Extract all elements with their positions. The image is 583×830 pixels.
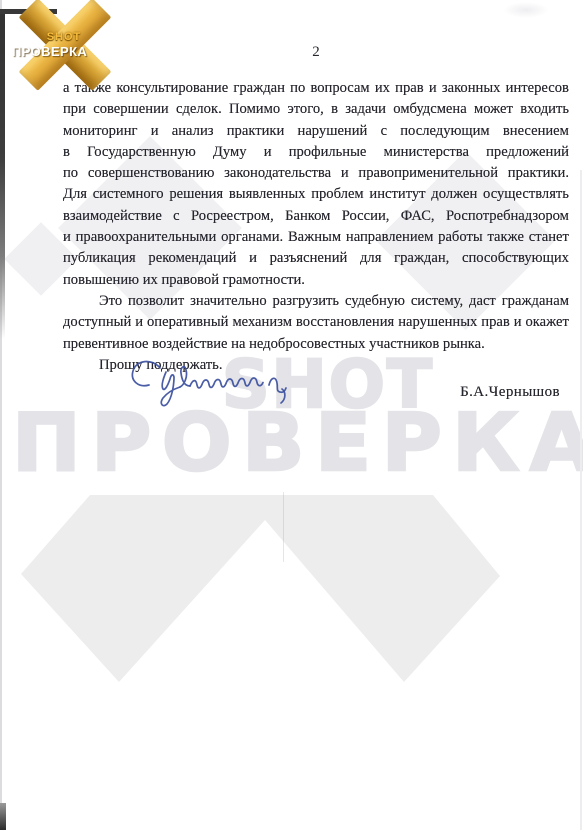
document-body: атакжеконсультированиегражданповопросами… bbox=[63, 78, 569, 376]
scan-corner-shadow bbox=[0, 803, 6, 830]
scan-right-edge bbox=[580, 170, 582, 830]
signatory-name: Б.А.Чернышов bbox=[460, 384, 560, 401]
shot-proverka-logo: SHOT ПРОВЕРКА bbox=[8, 4, 120, 82]
text-line: посовершенствованиюзаконодательстваиправ… bbox=[63, 163, 569, 184]
watermark-x-shape bbox=[0, 480, 583, 695]
logo-shot-label: SHOT bbox=[8, 31, 120, 43]
text-line: доступныйиоперативныймеханизмвосстановле… bbox=[63, 312, 569, 333]
scan-fold-line bbox=[283, 492, 284, 562]
scan-smudge bbox=[503, 2, 549, 18]
text-line: публикациярекомендацийиразъясненийдлягра… bbox=[63, 248, 569, 269]
text-line: иправоохранительнымиорганами.Важнымнапра… bbox=[63, 227, 569, 248]
text-line: взаимодействиесРосреестром,БанкомРоссии,… bbox=[63, 206, 569, 227]
watermark-proverka-text: ПРОВЕРКА bbox=[12, 404, 583, 483]
text-line: Длясистемногорешениявыявленныхпроблеминс… bbox=[63, 184, 569, 205]
scan-left-shadow bbox=[0, 9, 5, 339]
text-line: атакжеконсультированиегражданповопросами… bbox=[63, 78, 569, 99]
scanned-letter-page: SHOT ПРОВЕРКА SHOT ПРОВЕРКА 2 атакжеконс… bbox=[0, 0, 583, 830]
signature bbox=[124, 354, 304, 410]
page-number: 2 bbox=[63, 44, 569, 61]
text-line: Этопозволитзначительноразгрузитьсудебную… bbox=[63, 291, 569, 312]
text-line: вГосударственнуюДумуипрофильныеминистерс… bbox=[63, 142, 569, 163]
text-line: мониторингианализпрактикинарушенийспосле… bbox=[63, 121, 569, 142]
text-line: присовершениисделок.Помимоэтого,взадачио… bbox=[63, 99, 569, 120]
text-line: повышению их правовой грамотности. bbox=[63, 270, 569, 291]
logo-proverka-label: ПРОВЕРКА bbox=[12, 44, 87, 59]
text-line: превентивное воздействие на недобросовес… bbox=[63, 334, 569, 355]
